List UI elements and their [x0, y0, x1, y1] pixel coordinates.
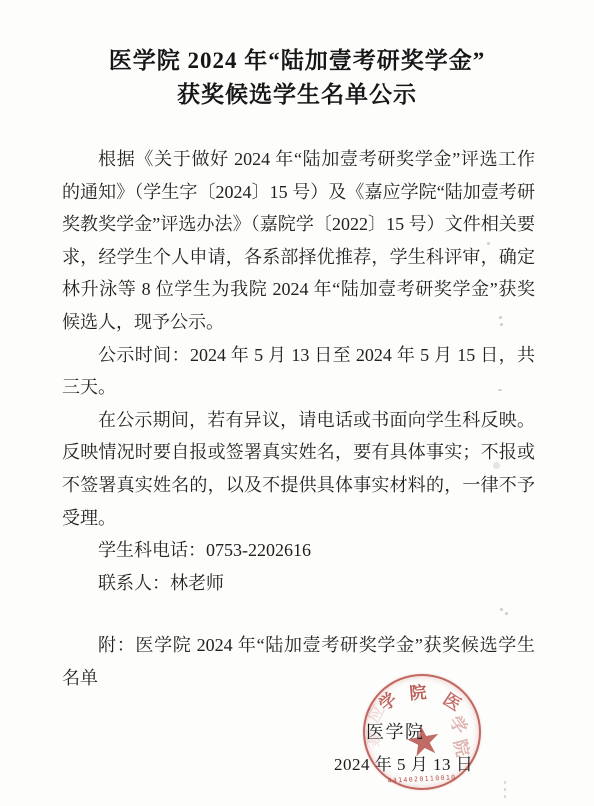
scan-artifact — [500, 608, 503, 611]
phone-line: 学生科电话：0753-2202616 — [62, 534, 535, 567]
seal-arc-char: 院 — [409, 684, 427, 702]
document-page: 医学院 2024 年“陆加壹考研奖学金” 获奖候选学生名单公示 根据《关于做好 … — [0, 0, 594, 806]
document-body: 根据《关于做好 2024 年“陆加壹考研奖学金”评选工作的通知》（学生字〔202… — [62, 143, 535, 695]
scan-artifact — [504, 781, 506, 784]
scan-artifact — [487, 242, 490, 245]
paragraph-objection-rules: 在公示期间，若有异议，请电话或书面向学生科反映。反映情况时要自报或签署真实姓名，… — [62, 404, 535, 534]
signature-unit: 医学院 — [366, 718, 425, 744]
scan-artifact — [493, 462, 500, 469]
paragraph-publicity-period: 公示时间：2024 年 5 月 13 日至 2024 年 5 月 15 日，共三… — [62, 339, 535, 404]
scan-artifact — [498, 389, 502, 391]
paragraph-basis: 根据《关于做好 2024 年“陆加壹考研奖学金”评选工作的通知》（学生字〔202… — [62, 143, 535, 339]
page-title: 医学院 2024 年“陆加壹考研奖学金” 获奖候选学生名单公示 — [0, 44, 594, 112]
title-line-1: 医学院 2024 年“陆加壹考研奖学金” — [0, 44, 594, 78]
title-line-2: 获奖候选学生名单公示 — [0, 78, 594, 112]
scan-artifact — [499, 316, 502, 319]
contact-line: 联系人：林老师 — [62, 567, 535, 600]
signature-date: 2024 年 5 月 13 日 — [334, 750, 473, 775]
